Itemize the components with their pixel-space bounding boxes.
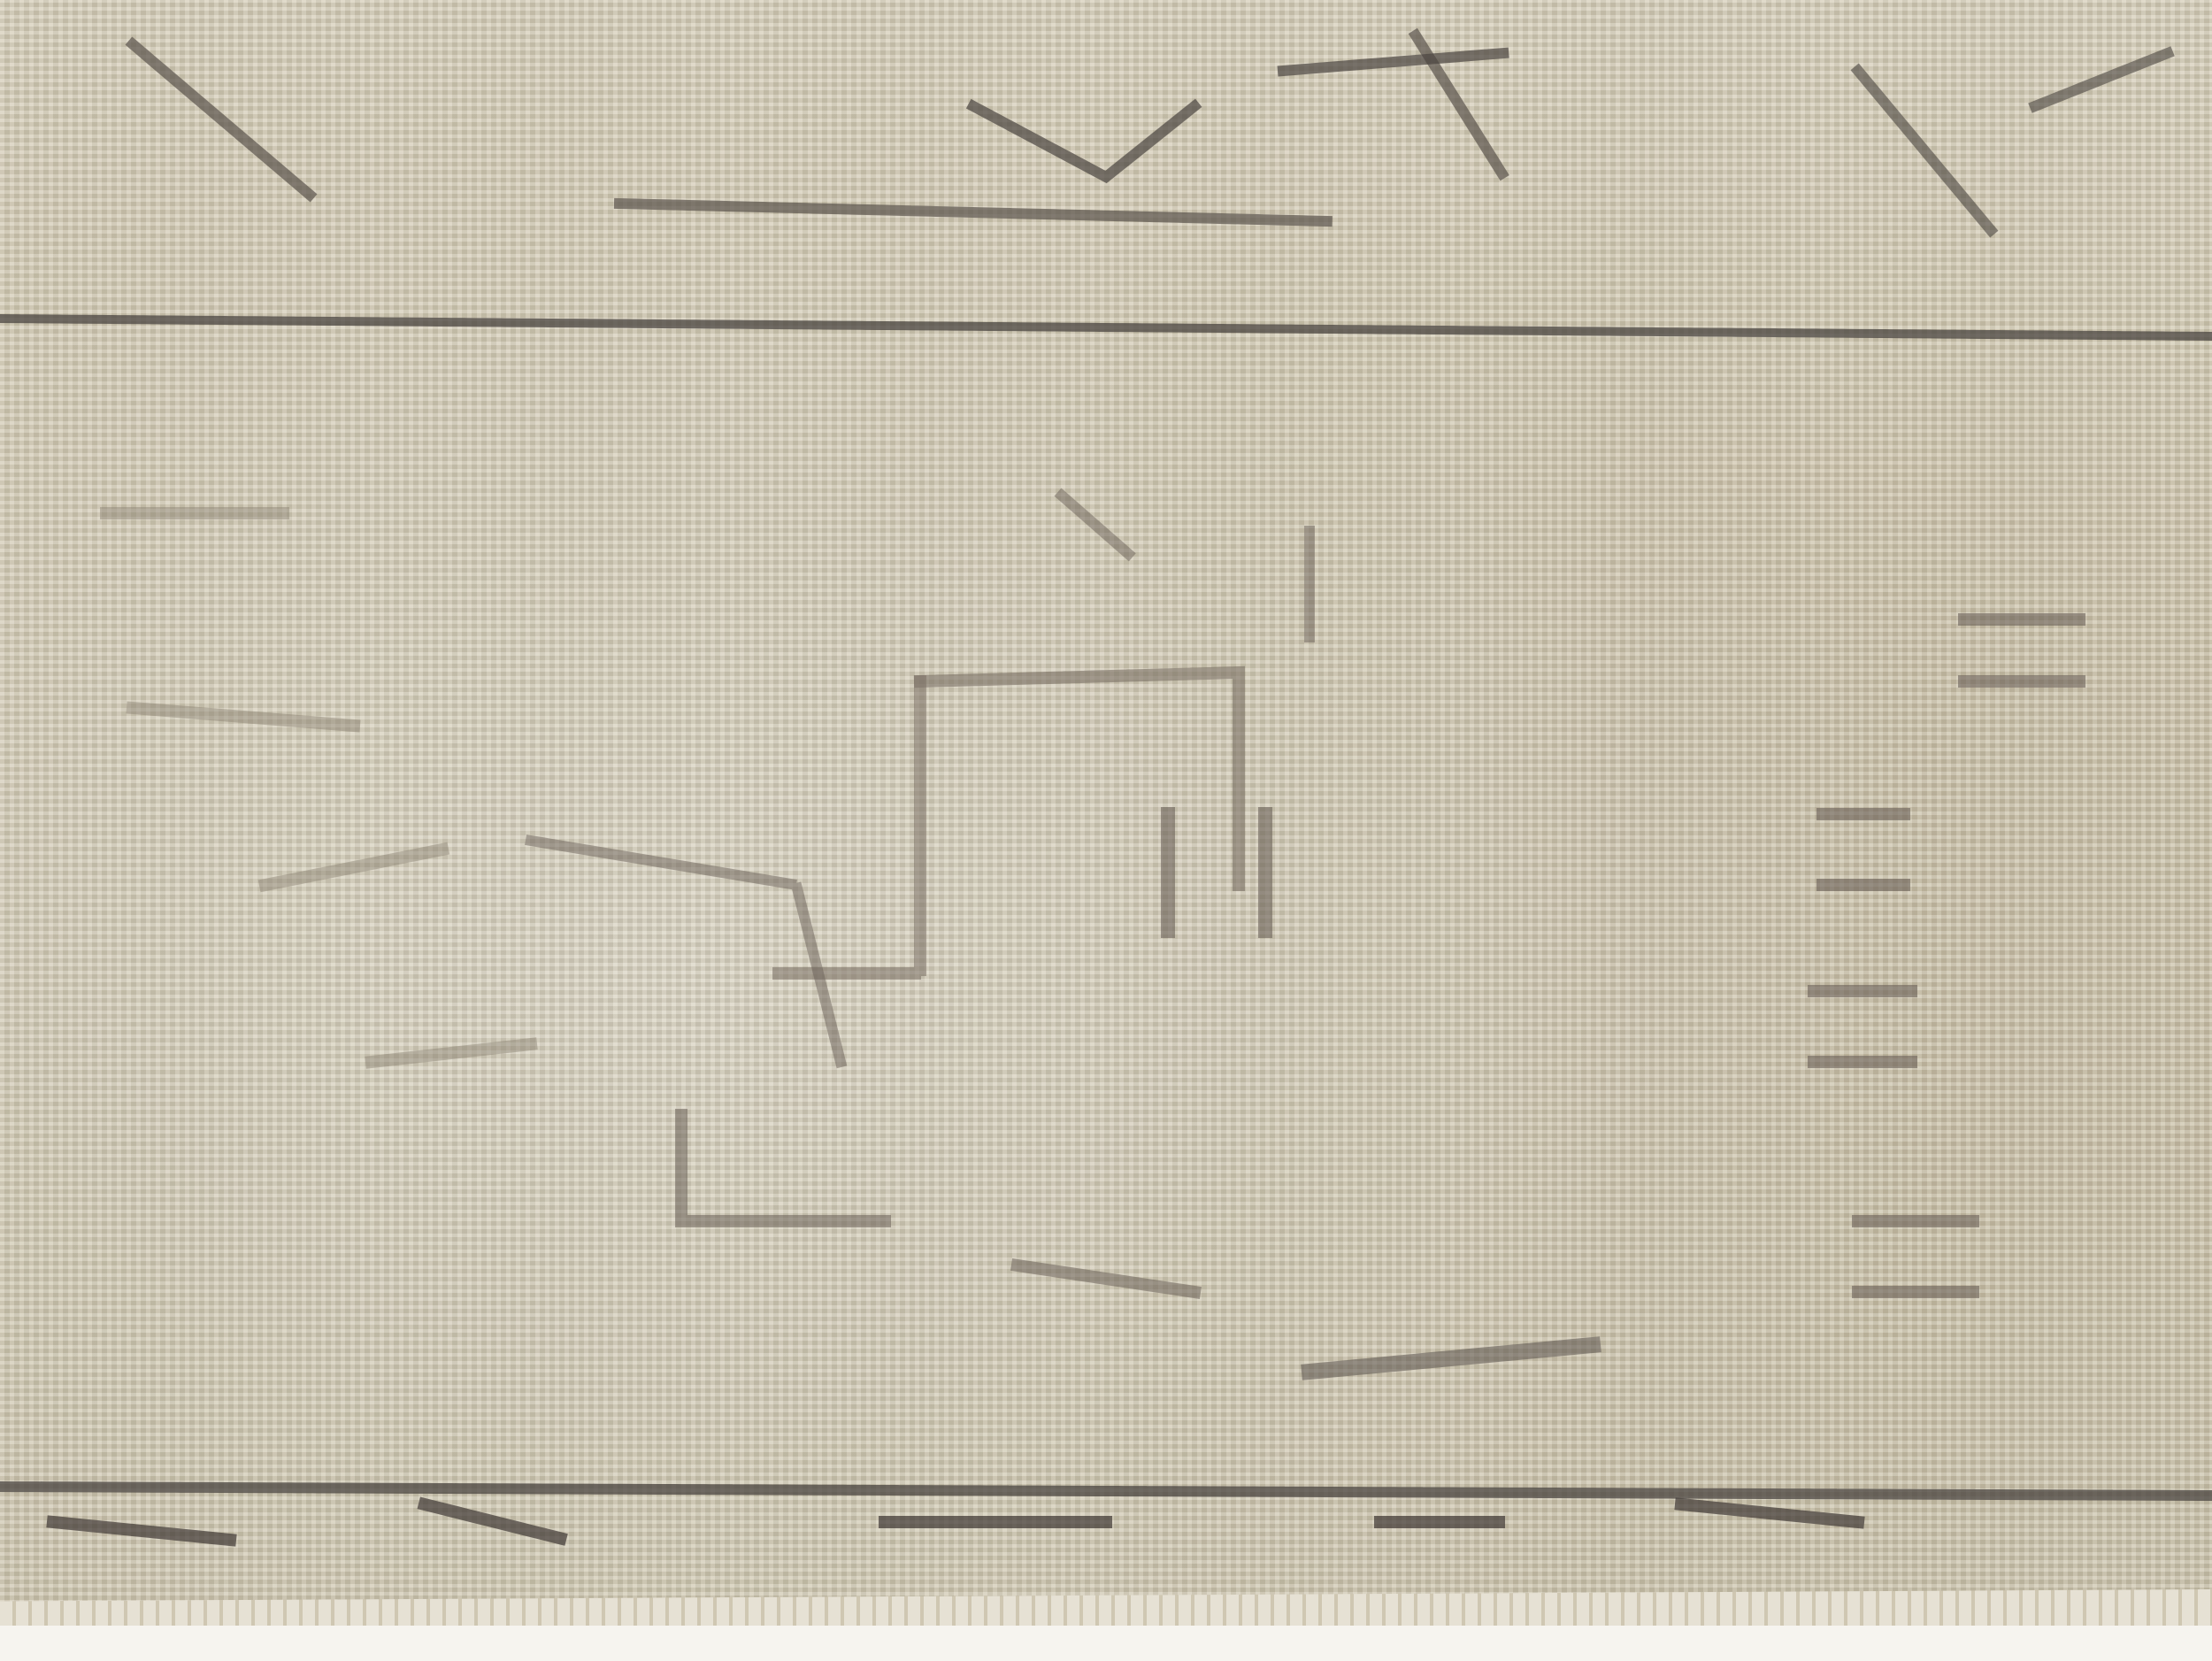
- floor-background: [0, 1626, 2212, 1661]
- rug-motifs: [0, 0, 2212, 1661]
- rug-photo: [0, 0, 2212, 1661]
